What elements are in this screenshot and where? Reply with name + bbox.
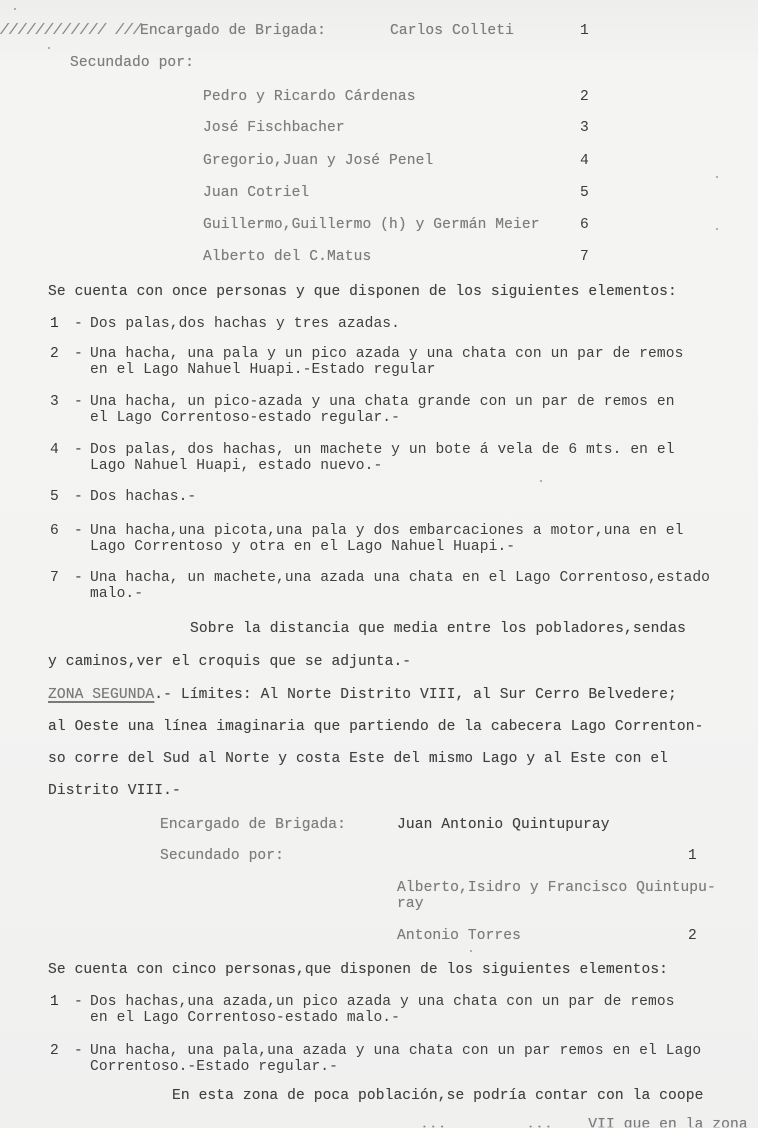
brigade-leader-label: Encargado de Brigada: [140,23,326,40]
member-name: Juan Cotriel [203,185,309,202]
list-item-number: 1 [50,316,59,332]
member-number: 6 [580,217,589,234]
list-item-text: Dos palas,dos hachas y tres azadas. [90,316,760,332]
brigade-leader-name: Carlos Colleti [390,23,514,40]
member-number: 5 [580,185,589,202]
list-dash: - [74,316,83,332]
list-item: 7 - Una hacha, un machete,una azada una … [50,570,760,602]
list-item: 1 - Dos hachas,una azada,un pico azada y… [50,994,760,1026]
list-dash: - [74,570,83,586]
member-name: Guillermo,Guillermo (h) y Germán Meier [203,217,540,234]
list-item-number: 2 [50,346,59,362]
paper-speck [716,176,718,178]
zone-two-heading: ZONA SEGUNDA [48,687,154,703]
paper-speck [14,8,16,10]
member-number: 2 [688,928,697,945]
list-dash: - [74,489,83,505]
list-item: 6 - Una hacha,una picota,una pala y dos … [50,523,760,555]
member-number: 1 [688,848,697,865]
member-number: 4 [580,153,589,170]
list-item-number: 7 [50,570,59,586]
zone-two-limits-text: .- Límites: Al Norte Distrito VIII, al S… [154,687,677,703]
zone-two-limits-line: al Oeste una línea imaginaria que partie… [48,719,703,736]
list-item-text: Una hacha,una picota,una pala y dos emba… [90,523,760,555]
closing-paragraph: En esta zona de poca población,se podría… [172,1088,703,1105]
distance-note-continued: y caminos,ver el croquis que se adjunta.… [48,654,411,671]
list-item: 2 - Una hacha, una pala y un pico azada … [50,346,760,378]
list-item: 4 - Dos palas, dos hachas, un machete y … [50,442,760,474]
list-item-text: Una hacha, un machete,una azada una chat… [90,570,760,602]
list-dash: - [74,994,83,1010]
list-dash: - [74,1043,83,1059]
member-name: Gregorio,Juan y José Penel [203,153,433,170]
brigade-leader-label: Encargado de Brigada: [160,817,346,834]
list-dash: - [74,346,83,362]
document-page: //////////// /// Encargado de Brigada: C… [0,0,764,1128]
list-item: 5 - Dos hachas.- [50,489,760,505]
list-item: 2 - Una hacha, una pala,una azada y una … [50,1043,760,1075]
member-name: Antonio Torres [397,928,521,945]
list-item-text: Una hacha, una pala y un pico azada y un… [90,346,760,378]
paper-speck [716,228,718,230]
resources-summary: Se cuenta con cinco personas,que dispone… [48,962,668,979]
paper-speck [48,47,50,49]
list-dash: - [74,523,83,539]
list-item-number: 3 [50,394,59,410]
member-name: José Fischbacher [203,120,345,137]
list-item-number: 1 [50,994,59,1010]
seconded-by-label: Secundado por: [160,848,284,865]
list-item-text: Dos hachas.- [90,489,760,505]
distance-note: Sobre la distancia que media entre los p… [190,621,686,638]
cut-off-line: ... ... VII que en la zona [420,1117,748,1128]
member-number: 2 [580,89,589,106]
list-item-text: Dos palas, dos hachas, un machete y un b… [90,442,760,474]
list-item: 1 - Dos palas,dos hachas y tres azadas. [50,316,760,332]
seconded-by-label: Secundado por: [70,55,194,72]
list-item-number: 5 [50,489,59,505]
list-item-text: Una hacha, una pala,una azada y una chat… [90,1043,760,1075]
member-name: Alberto del C.Matus [203,249,371,266]
list-dash: - [74,394,83,410]
list-item-text: Una hacha, un pico-azada y una chata gra… [90,394,760,426]
resources-summary: Se cuenta con once personas y que dispon… [48,284,677,301]
member-name: Pedro y Ricardo Cárdenas [203,89,416,106]
paper-speck [470,950,472,952]
zone-two-limits-line: Distrito VIII.- [48,783,181,800]
brigade-leader-name: Juan Antonio Quintupuray [397,817,610,834]
paper-speck [540,480,542,482]
member-number: 3 [580,120,589,137]
list-dash: - [74,442,83,458]
list-item-number: 4 [50,442,59,458]
struck-out-text: //////////// /// [0,23,142,40]
member-number: 7 [580,249,589,266]
zone-two-limits-line: so corre del Sud al Norte y costa Este d… [48,751,668,768]
list-item: 3 - Una hacha, un pico-azada y una chata… [50,394,760,426]
brigade-leader-number: 1 [580,23,589,40]
list-item-number: 2 [50,1043,59,1059]
member-name: Alberto,Isidro y Francisco Quintupu- ray [397,880,716,912]
list-item-number: 6 [50,523,59,539]
zone-two-limits: ZONA SEGUNDA.- Límites: Al Norte Distrit… [48,687,677,704]
list-item-text: Dos hachas,una azada,un pico azada y una… [90,994,760,1026]
